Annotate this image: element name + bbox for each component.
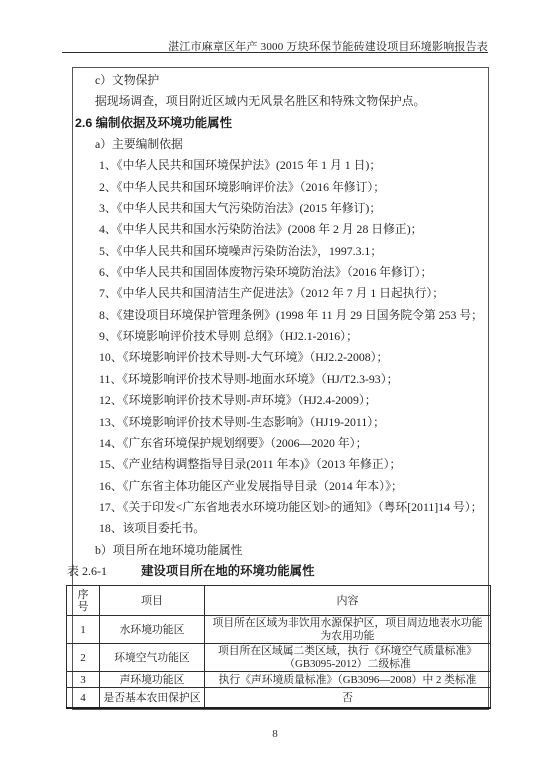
list-item: 7、《中华人民共和国清洁生产促进法》（2012 年 7 月 1 日起执行）； [73,283,488,304]
list-item: 14、《广东省环境保护规划纲要》（2006—2020 年）； [73,433,488,454]
list-item: 8、《建设项目环境保护管理条例》(1998 年 11 月 29 日国务院令第 2… [73,305,488,326]
table-row: 4 是否基本农田保护区 否 [67,688,491,709]
cell-no: 3 [67,672,100,688]
list-item: 18、该项目委托书。 [73,518,488,539]
cell-item: 是否基本农田保护区 [100,688,205,709]
paragraph-main-basis: a）主要编制依据 [73,134,488,155]
cell-item: 水环境功能区 [100,616,205,644]
content-box: c）文物保护 据现场调查，项目附近区域内无风景名胜区和特殊文物保护点。 2.6 … [72,67,489,710]
list-item: 13、《环境影响评价技术导则-生态影响》（HJ19-2011）； [73,412,488,433]
table-row: 2 环境空气功能区 项目所在区域属二类区域，执行《环境空气质量标准》（GB309… [67,644,491,672]
list-item: 17、《关于印发<广东省地表水环境功能区划>的通知》（粤环[2011]14 号）… [73,497,488,518]
list-item: 5、《中华人民共和国环境噪声污染防治法》，1997.3.1； [73,241,488,262]
paragraph-heritage-protection: c）文物保护 [73,70,488,91]
list-item: 15、《产业结构调整指导目录(2011 年本)》（2013 年修正）； [73,454,488,475]
cell-no: 4 [67,688,100,709]
cell-item: 声环境功能区 [100,672,205,688]
cell-content: 项目所在区域为非饮用水源保护区，项目周边地表水功能为农用功能 [205,616,491,644]
paragraph-site-survey: 据现场调查，项目附近区域内无风景名胜区和特殊文物保护点。 [73,91,488,112]
paragraph-env-function: b）项目所在地环境功能属性 [73,540,488,561]
table-row: 1 水环境功能区 项目所在区域为非饮用水源保护区，项目周边地表水功能为农用功能 [67,616,491,644]
cell-item: 环境空气功能区 [100,644,205,672]
table-caption: 表 2.6-1建设项目所在地的环境功能属性 [67,561,488,582]
col-header-item: 项目 [100,586,205,616]
list-item: 16、《广东省主体功能区产业发展指导目录（2014 年本）》； [73,476,488,497]
section-heading-2-6: 2.6 编制依据及环境功能属性 [73,113,488,134]
table-row: 3 声环境功能区 执行《声环境质量标准》（GB3096—2008）中 2 类标准 [67,672,491,688]
cell-content: 项目所在区域属二类区域，执行《环境空气质量标准》（GB3095-2012）二级标… [205,644,491,672]
header-rule [62,52,488,53]
list-item: 3、《中华人民共和国大气污染防治法》(2015 年修订)； [73,198,488,219]
cell-no: 2 [67,644,100,672]
page-number: 8 [0,728,550,740]
env-function-table: 序号 项目 内容 1 水环境功能区 项目所在区域为非饮用水源保护区，项目周边地表… [66,585,491,709]
cell-content: 执行《声环境质量标准》（GB3096—2008）中 2 类标准 [205,672,491,688]
list-item: 12、《环境影响评价技术导则-声环境》（HJ2.4-2009）； [73,390,488,411]
table-caption-label: 表 2.6-1 [67,564,107,578]
document-page: 湛江市麻章区年产 3000 万块环保节能砖建设项目环境影响报告表 c）文物保护 … [0,0,550,778]
list-item: 11、《环境影响评价技术导则-地面水环境》（HJ/T2.3-93）； [73,369,488,390]
col-header-no: 序号 [67,586,100,616]
table-caption-title: 建设项目所在地的环境功能属性 [141,564,314,578]
list-item: 1、《中华人民共和国环境保护法》(2015 年 1 月 1 日)； [73,155,488,176]
list-item: 10、《环境影响评价技术导则-大气环境》（HJ2.2-2008）； [73,347,488,368]
list-item: 9、《环境影响评价技术导则 总纲》（HJ2.1-2016）； [73,326,488,347]
list-item: 2、《中华人民共和国环境影响评价法》（2016 年修订）； [73,177,488,198]
cell-content: 否 [205,688,491,709]
list-item: 6、《中华人民共和国固体废物污染环境防治法》（2016 年修订）； [73,262,488,283]
table-header-row: 序号 项目 内容 [67,586,491,616]
list-item: 4、《中华人民共和国水污染防治法》(2008 年 2 月 28 日修正)； [73,219,488,240]
cell-no: 1 [67,616,100,644]
col-header-content: 内容 [205,586,491,616]
